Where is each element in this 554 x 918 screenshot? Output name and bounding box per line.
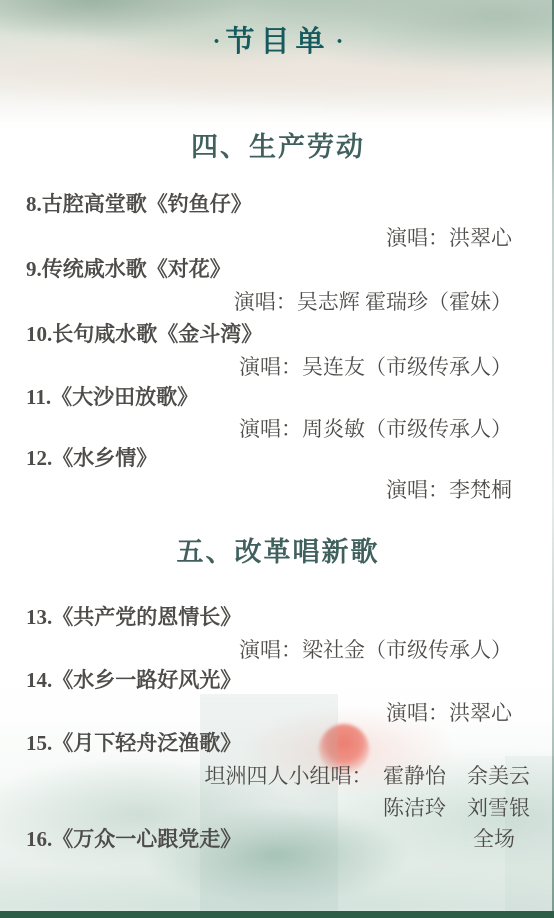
title-right-dot: · xyxy=(336,29,344,55)
top-mountains-watercolor xyxy=(0,0,554,128)
performer-line-9: 演唱：吴志辉 霍瑞珍（霍妹） xyxy=(26,290,530,314)
page-title-text: 节目单 xyxy=(225,26,330,58)
program-item-title-10: 10.长句咸水歌《金斗湾》 xyxy=(26,322,530,346)
performer-line-16: 全场 xyxy=(473,827,530,851)
page-title: ·节目单· xyxy=(26,26,530,59)
program-item-title-15: 15.《月下轻舟泛渔歌》 xyxy=(26,731,530,755)
program-item-title-8: 8.古腔高堂歌《钓鱼仔》 xyxy=(26,192,530,216)
program-item-title-12: 12.《水乡情》 xyxy=(26,446,530,470)
performer-line-8: 演唱：洪翠心 xyxy=(26,226,530,250)
group-performers-line-1: 坦洲四人小组唱： 霍静怡 余美云 xyxy=(26,764,530,788)
performer-line-14: 演唱：洪翠心 xyxy=(26,701,530,725)
footer-green-bar xyxy=(0,911,554,918)
section-heading-5: 五、改革唱新歌 xyxy=(26,537,530,568)
performer-line-12: 演唱：李梵桐 xyxy=(26,478,530,502)
section-heading-4: 四、生产劳动 xyxy=(26,132,530,163)
program-item-title-9: 9.传统咸水歌《对花》 xyxy=(26,257,530,281)
program-item-title-13: 13.《共产党的恩情长》 xyxy=(26,605,530,629)
group-performers-line-2: 陈洁玲 刘雪银 xyxy=(26,796,530,820)
performer-line-10: 演唱：吴连友（市级传承人） xyxy=(26,355,530,379)
performer-line-11: 演唱：周炎敏（市级传承人） xyxy=(26,417,530,441)
performer-line-13: 演唱：梁社金（市级传承人） xyxy=(26,638,530,662)
program-item-title-14: 14.《水乡一路好风光》 xyxy=(26,668,530,692)
program-item-row-16: 16.《万众一心跟党走》 全场 xyxy=(26,827,530,851)
program-poster: ·节目单· 四、生产劳动 8.古腔高堂歌《钓鱼仔》 演唱：洪翠心 9.传统咸水歌… xyxy=(0,0,554,918)
program-item-title-16: 16.《万众一心跟党走》 xyxy=(26,827,241,851)
program-item-title-11: 11.《大沙田放歌》 xyxy=(26,385,530,409)
title-left-dot: · xyxy=(212,29,220,55)
